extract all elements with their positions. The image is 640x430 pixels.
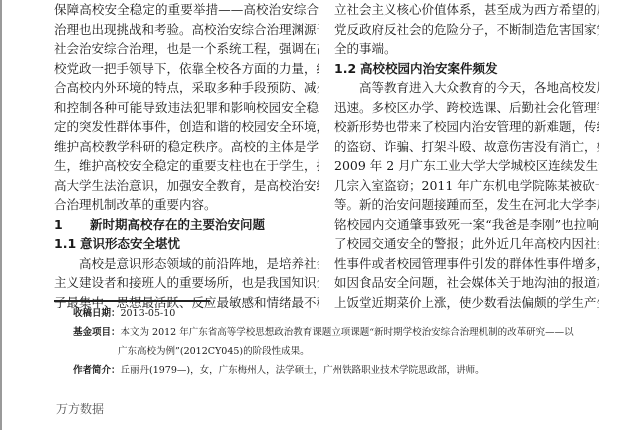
paragraph-campus-cases: 高等教育进入大众教育的今天，各地高校发展 迅速。多校区办学、跨校选课、后勤社会化… [334,78,599,312]
left-column: 保障高校安全稳定的重要举措——高校治安综合 治理也出现挑战和考验。高校治安综合治… [54,0,319,312]
text-line: 和控制各种可能导致违法犯罪和影响校园安全稳 [54,98,319,118]
text-line: 的盗窃、诈骗、打架斗殴、故意伤害没有消亡，如 [334,137,599,157]
section-title: 新时期高校存在的主要治安问题 [90,217,265,232]
text-line: 生，维护高校安全稳定的重要支柱也在于学生，提 [54,156,319,176]
text-line: 迅速。多校区办学、跨校选课、后勤社会化管理等高 [334,98,599,118]
footnote-author: 作者简介：丘丽丹(1979—)，女，广东梅州人，法学硕士，广州铁路职业技术学院思… [73,361,633,380]
text-line: 合治理机制改革的重要内容。 [54,195,319,215]
text-line: 几宗入室盗窃；2011 年广东机电学院陈某被砍一案 [334,176,599,196]
section-title: 意识形态安全堪忧 [80,236,180,251]
paragraph-continued: 立社会主义核心价值体系，甚至成为西方希望的反 党反政府反社会的危险分子，不断制造… [334,0,599,59]
footnote-separator [54,300,210,302]
footnote-value: 2013-05-10 [121,308,176,319]
footnote-label: 作者简介： [73,365,121,376]
text-line: 高大学生法治意识，加强安全教育，是高校治安综 [54,176,319,196]
paragraph-intro: 保障高校安全稳定的重要举措——高校治安综合 治理也出现挑战和考验。高校治安综合治… [54,0,319,215]
section-number: 1.2 [334,59,360,79]
section-heading-1: 1新时期高校存在的主要治安问题 [54,215,319,235]
text-line: 主义建设者和接班人的重要场所，也是我国知识分 [54,273,319,293]
section-number: 1 [54,215,90,235]
footnote-label: 收稿日期： [73,308,121,319]
section-title: 高校校园内治安案件频发 [360,61,498,76]
text-line: 了校园交通安全的警报；此外近几年高校内因社会 [334,234,599,254]
section-heading-1-2: 1.2高校校园内治安案件频发 [334,59,599,79]
text-line: 合高校内外环境的特点，采取多种手段预防、减少 [54,78,319,98]
text-line: 保障高校安全稳定的重要举措——高校治安综合 [54,0,319,20]
section-heading-1-1: 1.1意识形态安全堪忧 [54,234,319,254]
text-line: 维护高校教学科研的稳定秩序。高校的主体是学 [54,137,319,157]
footnote-received-date: 收稿日期：2013-05-10 [73,304,633,323]
text-line: 定的突发性群体事件，创造和谐的校园安全环境， [54,117,319,137]
footnotes: 收稿日期：2013-05-10 基金项目：本文为 2012 年广东省高等学校思想… [73,304,633,380]
footnote-fund-continuation: 广东高校为例”(2012CY045)的阶段性成果。 [73,342,633,361]
text-line: 治理也出现挑战和考验。高校治安综合治理渊源于 [54,20,319,40]
page-edge-border [0,0,2,430]
text-line: 校党政一把手领导下，依靠全校各方面的力量，结 [54,59,319,79]
footnote-fund: 基金项目：本文为 2012 年广东省高等学校思想政治教育课题立项课题“新时期学校… [73,323,633,342]
footnote-value: 本文为 2012 年广东省高等学校思想政治教育课题立项课题“新时期学校治安综合治… [121,327,574,338]
text-line: 立社会主义核心价值体系，甚至成为西方希望的反 [334,0,599,20]
text-line: 党反政府反社会的危险分子，不断制造危害国家安 [334,20,599,40]
text-line: 铭校园内交通肇事致死一案“我爸是李刚”也拉响 [334,215,599,235]
text-line: 校新形势也带来了校园内治安管理的新难题，传统 [334,117,599,137]
footnote-label: 基金项目： [73,327,121,338]
text-line: 高校是意识形态领域的前沿阵地，是培养社会 [54,254,319,274]
text-line: 2009 年 2 月广东工业大学大学城校区连续发生十 [334,156,599,176]
text-line: 如因食品安全问题，社会媒体关于地沟油的报道加 [334,273,599,293]
footnote-value: 丘丽丹(1979—)，女，广东梅州人，法学硕士，广州铁路职业技术学院思政部，讲师… [121,365,485,376]
text-line: 等。新的治安问题接踵而至，发生在河北大学李启 [334,195,599,215]
text-line: 社会治安综合治理，也是一个系统工程，强调在高 [54,39,319,59]
text-line: 性事件或者校园管理事件引发的群体性事件增多， [334,254,599,274]
text-line: 全的事端。 [334,39,599,59]
section-number: 1.1 [54,234,80,254]
watermark: 万方数据 [56,400,104,417]
text-line: 高等教育进入大众教育的今天，各地高校发展 [334,78,599,98]
right-column: 立社会主义核心价值体系，甚至成为西方希望的反 党反政府反社会的危险分子，不断制造… [334,0,599,312]
